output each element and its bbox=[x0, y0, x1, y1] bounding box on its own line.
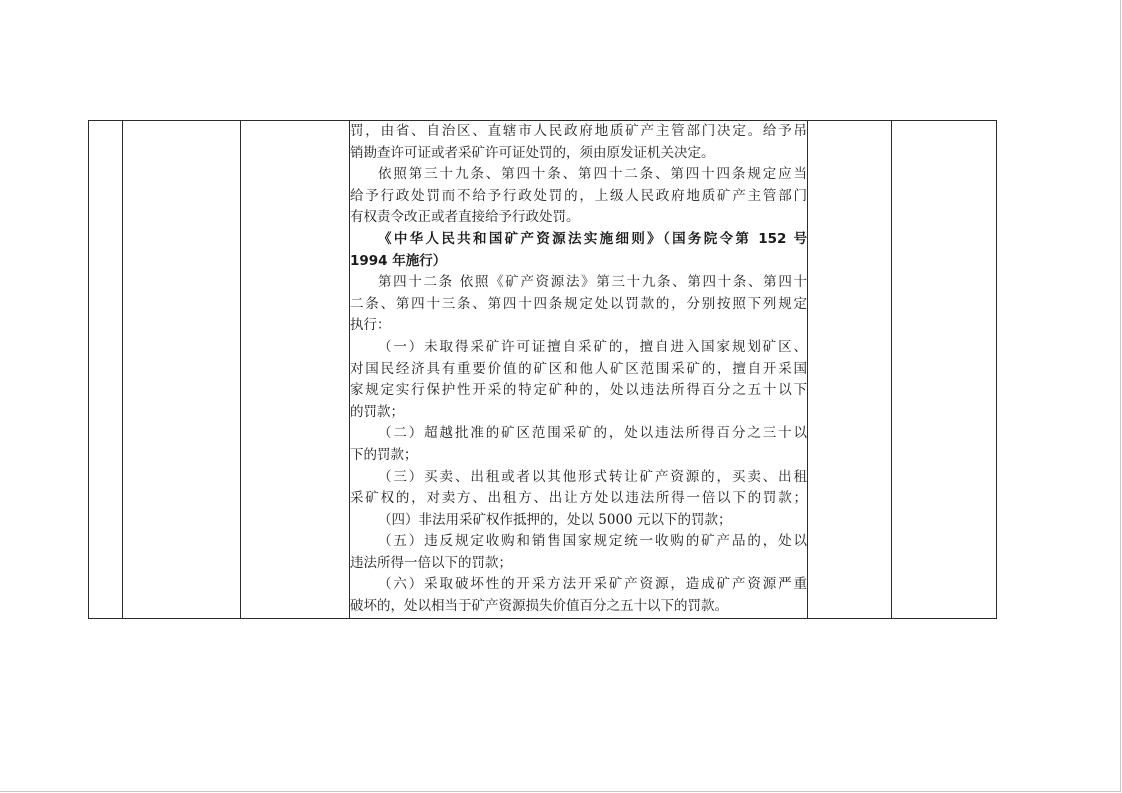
text-line: （三）买卖、出租或者以其他形式转让矿产资源的，买卖、出租 bbox=[350, 467, 807, 489]
table-cell-col6 bbox=[892, 121, 997, 619]
text-line: 的罚款； bbox=[350, 402, 807, 424]
text-line: 第四十二条 依照《矿产资源法》第三十九条、第四十条、第四十 bbox=[350, 272, 807, 294]
text-line: 采矿权的，对卖方、出租方、出让方处以违法所得一倍以下的罚款； bbox=[350, 488, 807, 510]
regulation-table: 罚，由省、自治区、直辖市人民政府地质矿产主管部门决定。给予吊销勘查许可证或者采矿… bbox=[88, 120, 997, 619]
law-title-line: 1994 年施行） bbox=[350, 251, 807, 273]
table-cell-col1 bbox=[89, 121, 123, 619]
law-title-line: 《中华人民共和国矿产资源法实施细则》（国务院令第 152 号 bbox=[350, 229, 807, 251]
text-line: 违法所得一倍以下的罚款； bbox=[350, 553, 807, 575]
text-line: 有权责令改正或者直接给予行政处罚。 bbox=[350, 207, 807, 229]
text-line: （五）违反规定收购和销售国家规定统一收购的矿产品的，处以 bbox=[350, 531, 807, 553]
text-line: 罚，由省、自治区、直辖市人民政府地质矿产主管部门决定。给予吊 bbox=[350, 121, 807, 143]
table-cell-legal-text: 罚，由省、自治区、直辖市人民政府地质矿产主管部门决定。给予吊销勘查许可证或者采矿… bbox=[350, 121, 808, 619]
text-line: 给予行政处罚而不给予行政处罚的，上级人民政府地质矿产主管部门 bbox=[350, 186, 807, 208]
text-line: 销勘查许可证或者采矿许可证处罚的，须由原发证机关决定。 bbox=[350, 143, 807, 165]
text-line: 依照第三十九条、第四十条、第四十二条、第四十四条规定应当 bbox=[350, 164, 807, 186]
table-cell-col3 bbox=[241, 121, 350, 619]
text-line: 对国民经济具有重要价值的矿区和他人矿区范围采矿的，擅自开采国 bbox=[350, 359, 807, 381]
text-line: 执行： bbox=[350, 315, 807, 337]
text-line: （二）超越批准的矿区范围采矿的，处以违法所得百分之三十以 bbox=[350, 423, 807, 445]
text-line: （六）采取破坏性的开采方法开采矿产资源，造成矿产资源严重 bbox=[350, 574, 807, 596]
table-cell-col2 bbox=[123, 121, 241, 619]
text-line: （四）非法用采矿权作抵押的，处以 5000 元以下的罚款； bbox=[350, 510, 807, 532]
text-line: 二条、第四十三条、第四十四条规定处以罚款的，分别按照下列规定 bbox=[350, 294, 807, 316]
table-row: 罚，由省、自治区、直辖市人民政府地质矿产主管部门决定。给予吊销勘查许可证或者采矿… bbox=[89, 121, 997, 619]
text-line: （一）未取得采矿许可证擅自采矿的，擅自进入国家规划矿区、 bbox=[350, 337, 807, 359]
text-line: 家规定实行保护性开采的特定矿种的，处以违法所得百分之五十以下 bbox=[350, 380, 807, 402]
text-line: 下的罚款； bbox=[350, 445, 807, 467]
text-line: 破坏的，处以相当于矿产资源损失价值百分之五十以下的罚款。 bbox=[350, 596, 807, 618]
table-cell-col5 bbox=[808, 121, 892, 619]
